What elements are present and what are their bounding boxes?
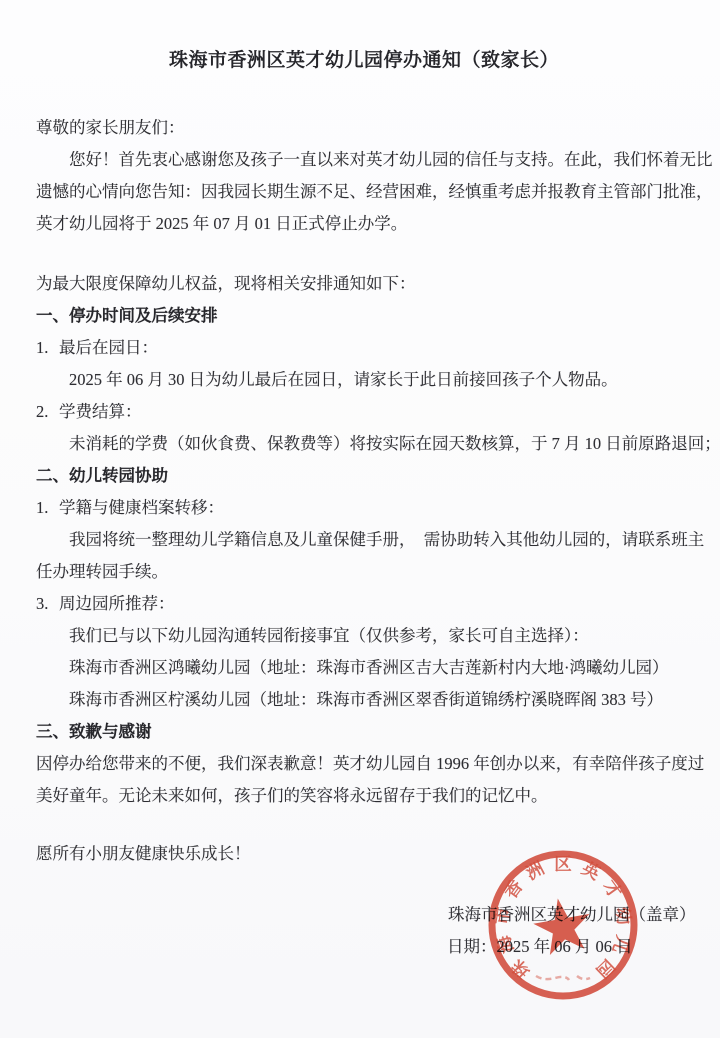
item-label: 周边园所推荐： — [59, 594, 175, 613]
salutation-line: 尊敬的家长朋友们： — [36, 112, 692, 144]
section-2-heading: 二、幼儿转园协助 — [36, 460, 692, 492]
document-title: 珠海市香洲区英才幼儿园停办通知（致家长） — [36, 46, 692, 76]
item-label: 学费结算： — [59, 402, 142, 421]
section-2-item-1-body-2: 任办理转园手续。 — [36, 556, 692, 588]
item-number: 2. — [36, 396, 59, 428]
seal-star-icon — [530, 894, 596, 957]
official-seal-stamp: 珠海市香洲区英才幼儿园 — [478, 840, 648, 1010]
lead-line: 为最大限度保障幼儿权益，现将相关安排通知如下： — [36, 268, 692, 300]
section-1-heading: 一、停办时间及后续安排 — [36, 300, 692, 332]
recommended-kindergarten-2: 珠海市香洲区柠溪幼儿园（地址：珠海市香洲区翠香街道锦绣柠溪晓晖阁 383 号） — [36, 684, 692, 716]
section-3-body-2: 美好童年。无论未来如何，孩子们的笑容将永远留存于我们的记忆中。 — [36, 780, 692, 812]
section-2-item-1-body-1: 我园将统一整理幼儿学籍信息及儿童保健手册， 需协助转入其他幼儿园的，请联系班主 — [36, 524, 692, 556]
section-3-body-1: 因停办给您带来的不便，我们深表歉意！英才幼儿园自 1996 年创办以来，有幸陪伴… — [36, 748, 692, 780]
intro-line-2: 遗憾的心情向您告知：因我园长期生源不足、经营困难，经慎重考虑并报教育主管部门批准… — [36, 176, 692, 208]
item-number: 1. — [36, 492, 59, 524]
section-1-item-1-label: 1.最后在园日： — [36, 332, 692, 364]
item-number: 3. — [36, 588, 59, 620]
notice-document: 珠海市香洲区英才幼儿园停办通知（致家长） 尊敬的家长朋友们： 您好！首先衷心感谢… — [0, 0, 720, 1038]
item-label: 最后在园日： — [59, 338, 158, 357]
intro-line-1: 您好！首先衷心感谢您及孩子一直以来对英才幼儿园的信任与支持。在此，我们怀着无比 — [36, 144, 692, 176]
section-1-item-2-body: 未消耗的学费（如伙食费、保教费等）将按实际在园天数核算，于 7 月 10 日前原… — [36, 428, 692, 460]
item-number: 1. — [36, 332, 59, 364]
section-1-item-1-body: 2025 年 06 月 30 日为幼儿最后在园日，请家长于此日前接回孩子个人物品… — [36, 364, 692, 396]
section-2-item-2-label: 3.周边园所推荐： — [36, 588, 692, 620]
recommended-kindergarten-1: 珠海市香洲区鸿曦幼儿园（地址：珠海市香洲区吉大吉莲新村内大地·鸿曦幼儿园） — [36, 652, 692, 684]
section-2-item-1-label: 1.学籍与健康档案转移： — [36, 492, 692, 524]
item-label: 学籍与健康档案转移： — [59, 498, 224, 517]
seal-squiggle-mark — [536, 976, 590, 980]
section-1-item-2-label: 2.学费结算： — [36, 396, 692, 428]
section-3-heading: 三、致歉与感谢 — [36, 716, 692, 748]
section-2-item-2-body: 我们已与以下幼儿园沟通转园衔接事宜（仅供参考，家长可自主选择）： — [36, 620, 692, 652]
document-content: 珠海市香洲区英才幼儿园停办通知（致家长） 尊敬的家长朋友们： 您好！首先衷心感谢… — [0, 0, 720, 963]
intro-line-3: 英才幼儿园将于 2025 年 07 月 01 日正式停止办学。 — [36, 208, 692, 240]
